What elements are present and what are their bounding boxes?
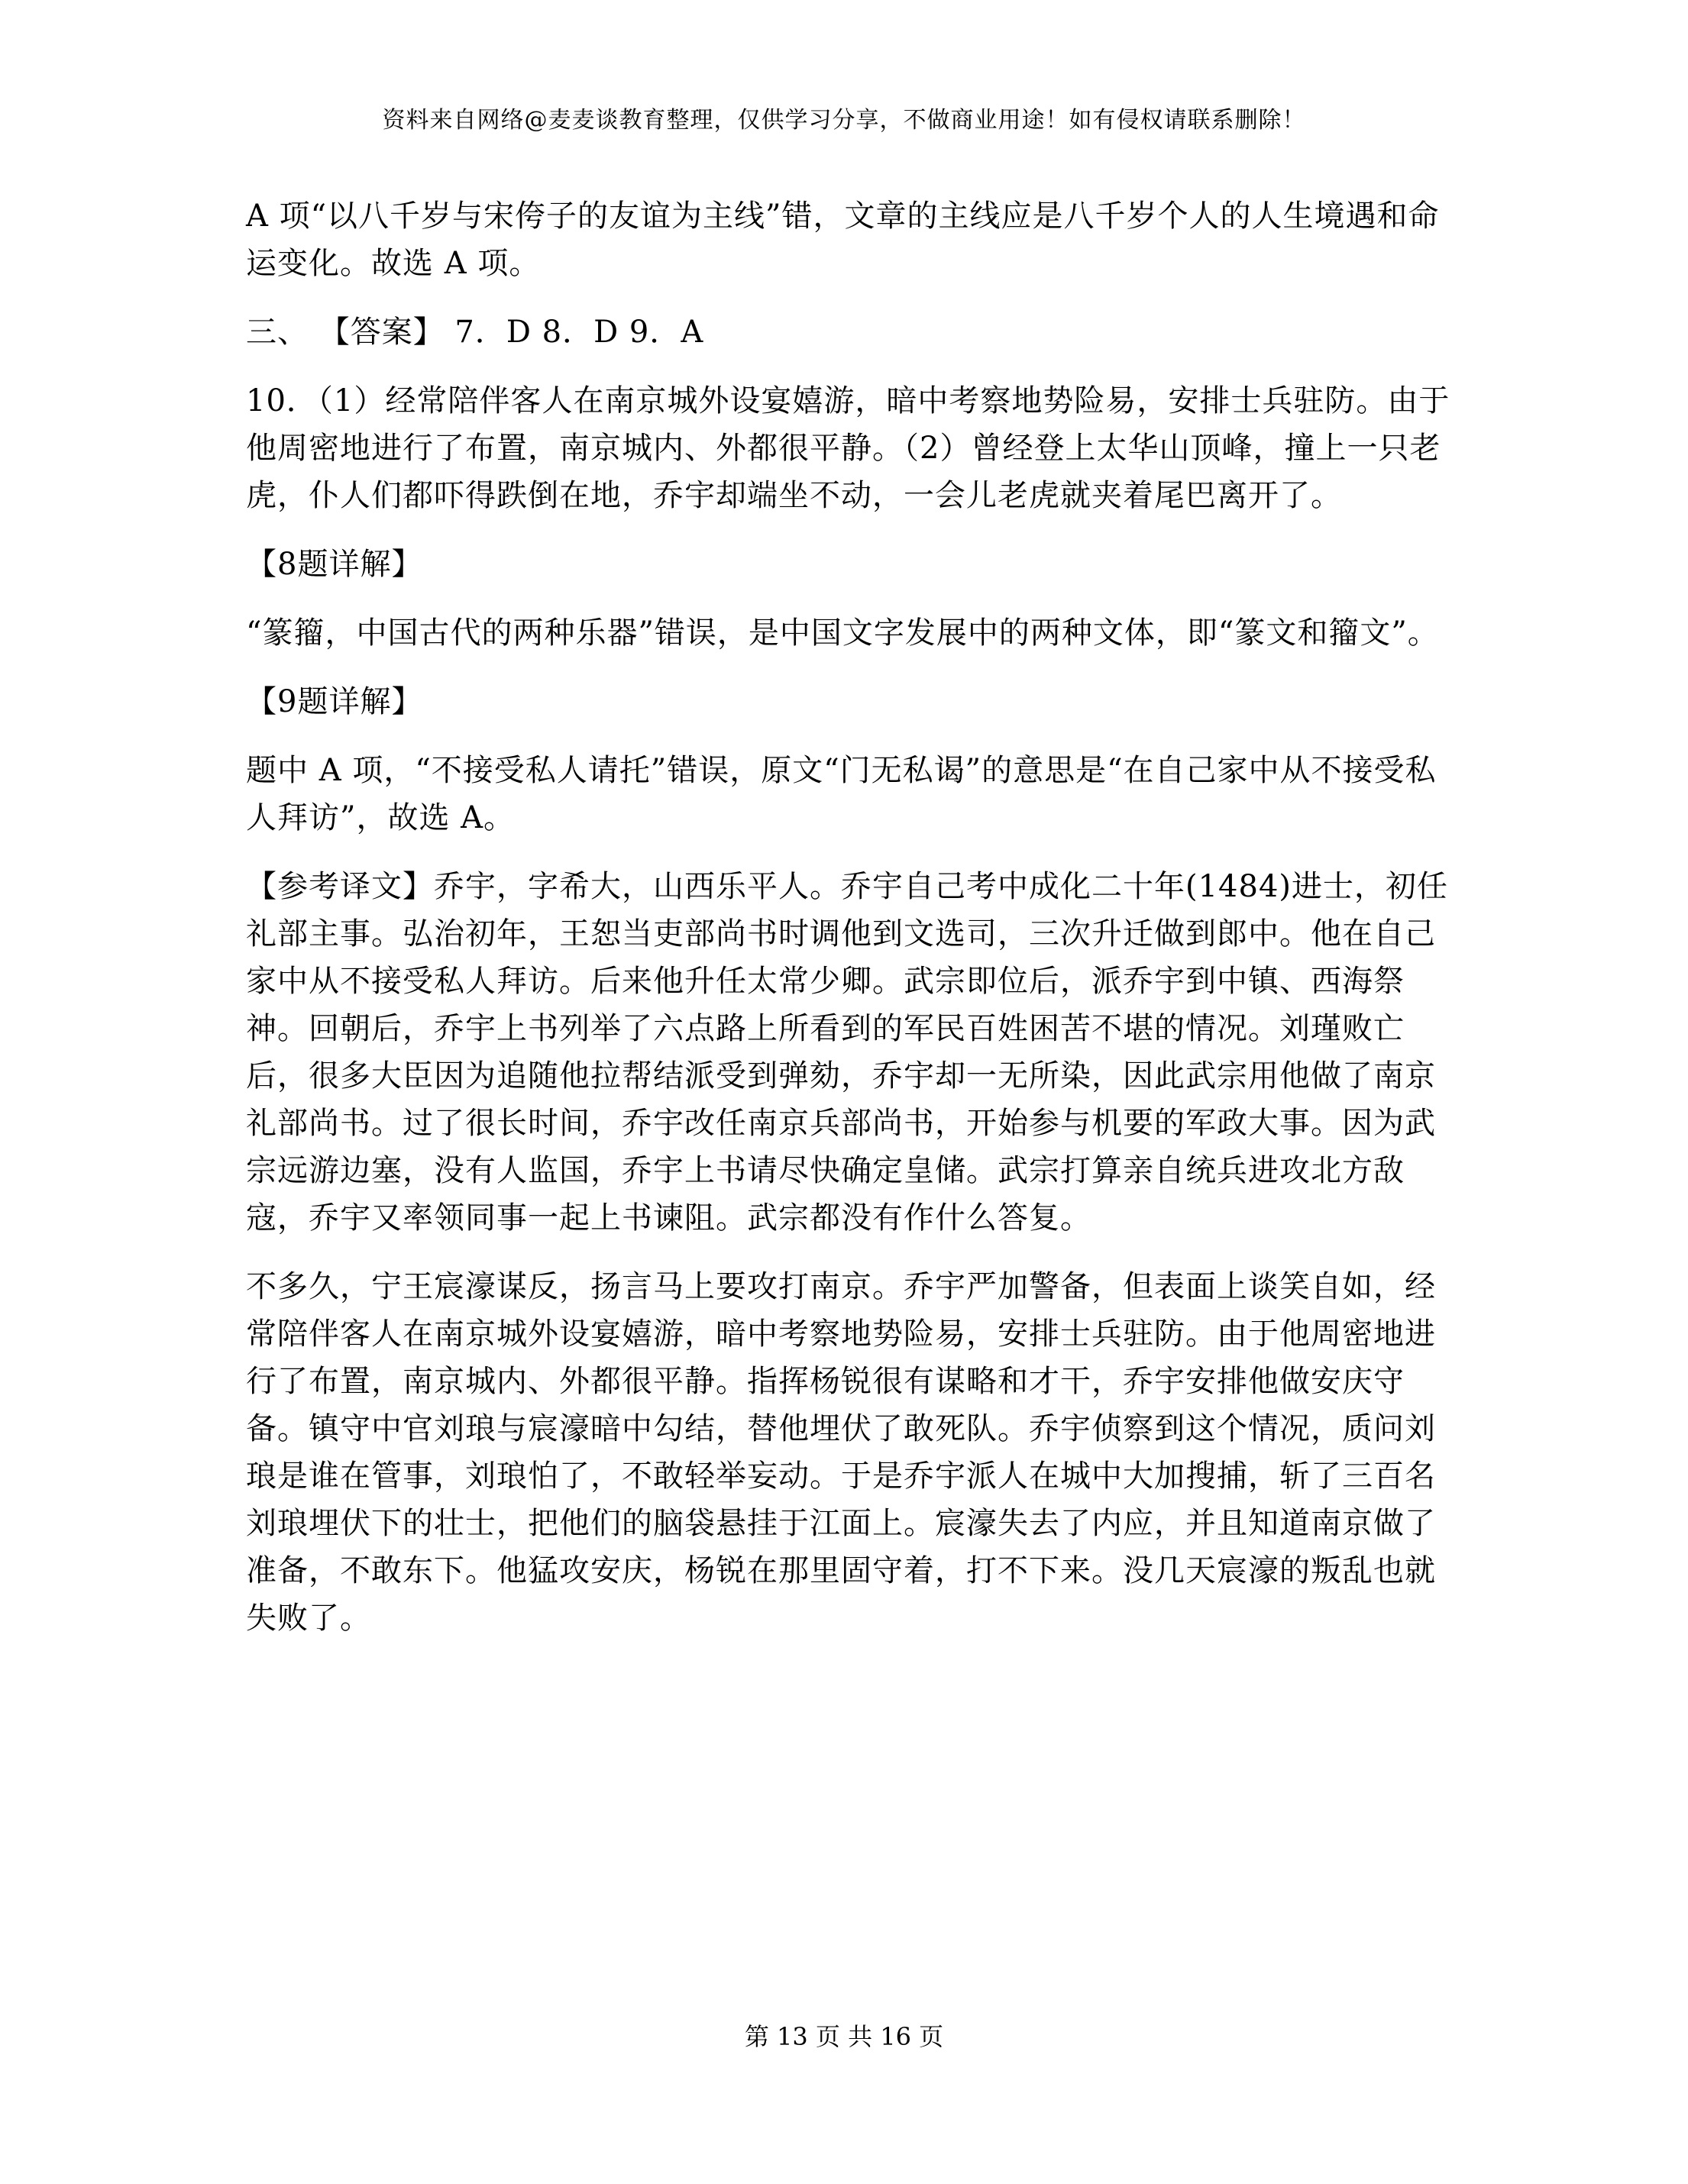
paragraph-q9-explanation: 题中 A 项，“不接受私人请托”错误，原文“门无私谒”的意思是“在自己家中从不接… bbox=[246, 747, 1460, 842]
paragraph-reference-translation-cont: 不多久，宁王宸濠谋反，扬言马上要攻打南京。乔宇严加警备，但表面上谈笑自如，经常陪… bbox=[246, 1263, 1460, 1642]
page-number-footer: 第 13 页 共 16 页 bbox=[0, 2018, 1688, 2053]
paragraph-option-a-explanation: A 项“以八千岁与宋侉子的友谊为主线”错，文章的主线应是八千岁个人的人生境遇和命… bbox=[246, 192, 1460, 287]
document-body: A 项“以八千岁与宋侉子的友谊为主线”错，文章的主线应是八千岁个人的人生境遇和命… bbox=[246, 192, 1460, 1663]
paragraph-q10-translation: 10．（1）经常陪伴客人在南京城外设宴嬉游，暗中考察地势险易，安排士兵驻防。由于… bbox=[246, 377, 1460, 519]
heading-q8-explanation: 【8题详解】 bbox=[246, 541, 1460, 588]
source-notice-header: 资料来自网络@麦麦谈教育整理，仅供学习分享，不做商业用途！如有侵权请联系删除！ bbox=[0, 101, 1688, 134]
paragraph-reference-translation: 【参考译文】乔宇，字希大，山西乐平人。乔宇自己考中成化二十年(1484)进士，初… bbox=[246, 863, 1460, 1242]
paragraph-answers-section-3: 三、 【答案】 7．D 8．D 9．A bbox=[246, 309, 1460, 356]
heading-q9-explanation: 【9题详解】 bbox=[246, 678, 1460, 725]
paragraph-q8-explanation: “篆籀，中国古代的两种乐器”错误，是中国文字发展中的两种文体，即“篆文和籀文”。 bbox=[246, 609, 1460, 657]
